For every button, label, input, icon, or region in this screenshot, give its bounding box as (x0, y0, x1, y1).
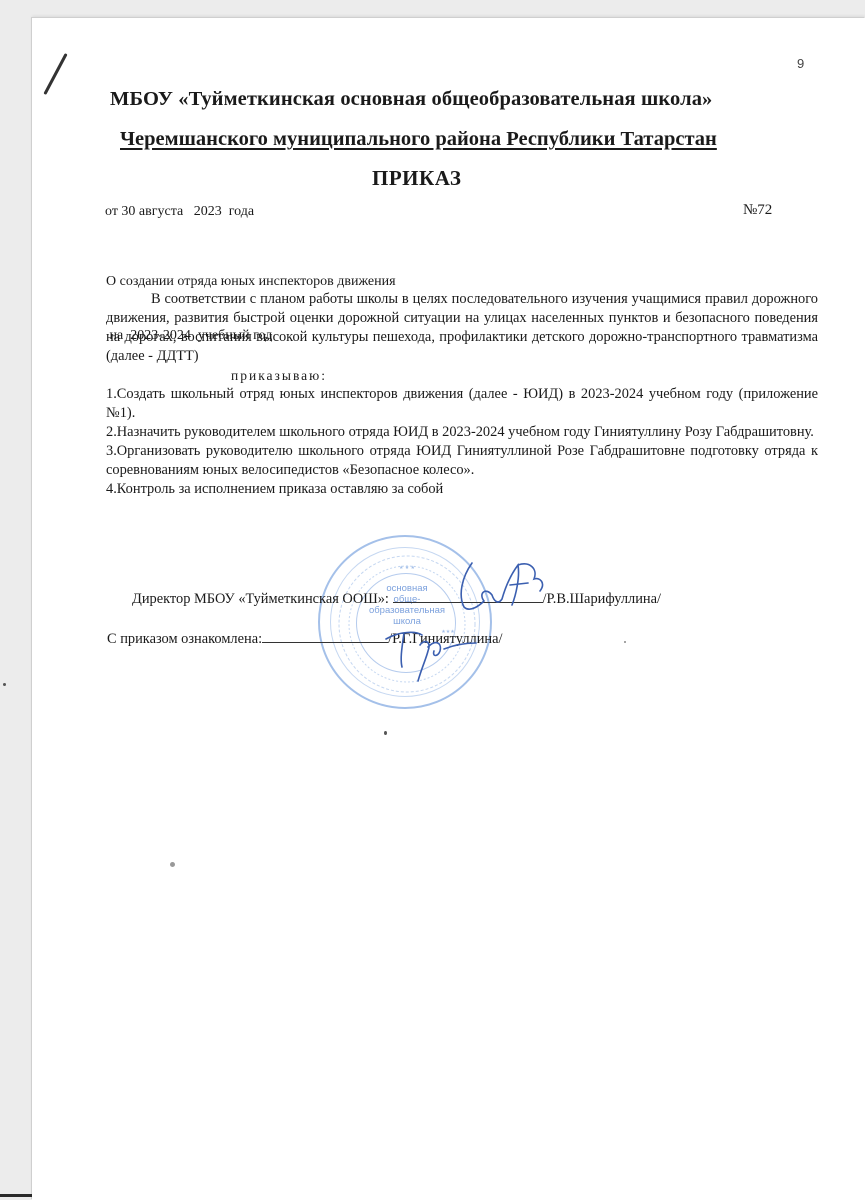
document-type-heading: ПРИКАЗ (372, 166, 461, 191)
scan-speck (624, 641, 626, 643)
document-page (32, 18, 865, 1200)
order-item-3: 3.Организовать руководителю школьного от… (106, 442, 818, 480)
director-label: Директор МБОУ «Туйметкинская ООШ»: (132, 591, 389, 607)
director-signature-line (393, 590, 543, 603)
district-title: Черемшанского муниципального района Респ… (120, 128, 717, 151)
acknowledgement-name: /Р.Г.Гиниятуллина/ (388, 631, 502, 647)
order-number: №72 (743, 202, 772, 219)
organization-title: МБОУ «Туйметкинская основная общеобразов… (110, 88, 800, 111)
order-item-1: 1.Создать школьный отряд юных инспекторо… (106, 385, 818, 423)
scan-edge-mark (0, 1194, 32, 1197)
order-item-2: 2.Назначить руководителем школьного отря… (106, 423, 818, 442)
order-item-4: 4.Контроль за исполнением приказа оставл… (106, 480, 818, 499)
scan-speck (384, 731, 387, 735)
scan-speck (3, 683, 6, 686)
acknowledgement-label: С приказом ознакомлена: (107, 631, 262, 647)
order-body: В соответствии с планом работы школы в ц… (106, 290, 818, 499)
preamble-paragraph: В соответствии с планом работы школы в ц… (106, 290, 818, 366)
scan-speck (170, 862, 175, 867)
subject-line-1: О создании отряда юных инспекторов движе… (106, 273, 396, 291)
page-number: 9 (797, 56, 804, 71)
order-verb: приказываю: (106, 366, 818, 385)
director-name: /Р.В.Шарифуллина/ (543, 591, 661, 607)
acknowledgement-signature-row: С приказом ознакомлена:/Р.Г.Гиниятуллина… (107, 630, 503, 648)
acknowledgement-signature-line (262, 630, 388, 643)
order-date: от 30 августа 2023 года (105, 204, 254, 220)
director-signature-row: Директор МБОУ «Туйметкинская ООШ»: /Р.В.… (132, 590, 661, 608)
